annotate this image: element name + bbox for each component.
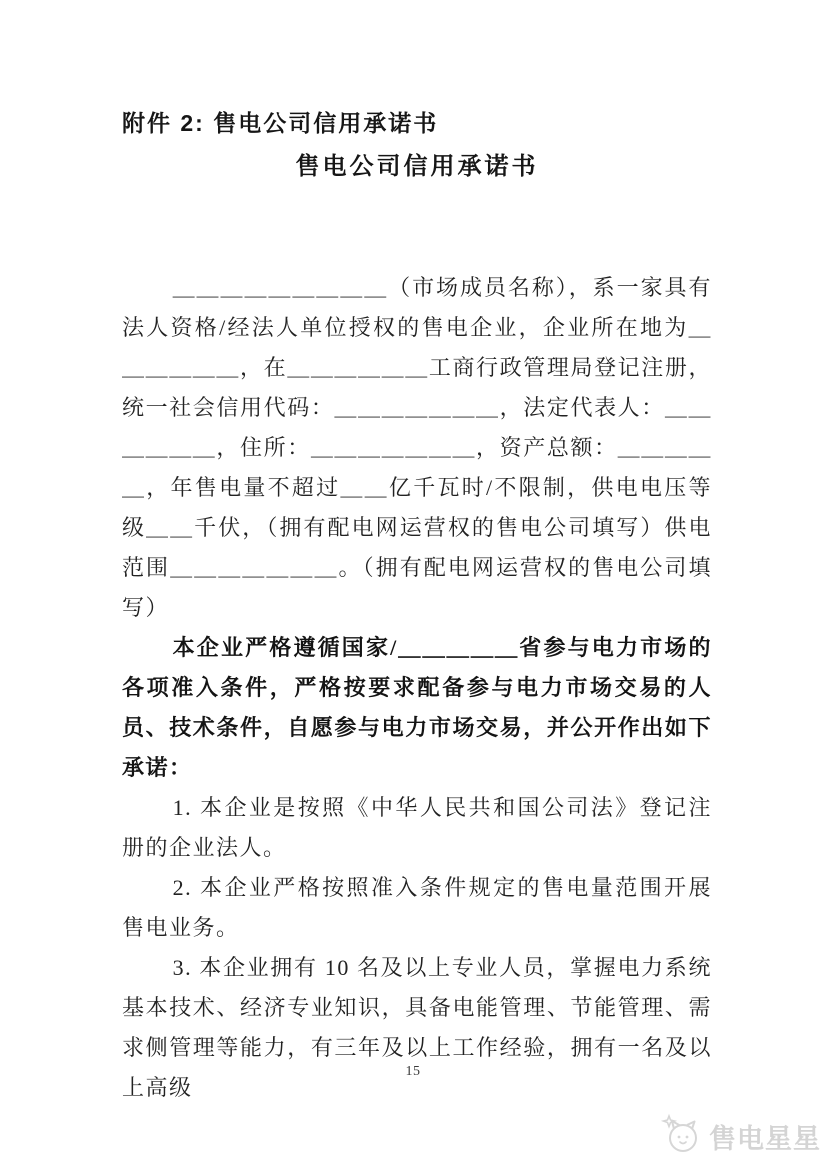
document-page: 附件 2: 售电公司信用承诺书 售电公司信用承诺书 ＿＿＿＿＿＿＿＿＿（市场成员… — [0, 0, 826, 1169]
paragraph-item-2: 2. 本企业严格按照准入条件规定的售电量范围开展售电业务。 — [122, 868, 712, 948]
watermark-text: 售电星星 — [709, 1117, 821, 1156]
paragraph-pledge-lead: 本企业严格遵循国家/＿＿＿＿＿省参与电力市场的各项准入条件，严格按要求配备参与电… — [122, 628, 712, 788]
paragraph-item-1: 1. 本企业是按照《中华人民共和国公司法》登记注册的企业法人。 — [122, 788, 712, 868]
watermark: 售电星星 — [660, 1112, 821, 1161]
cat-mascot-icon — [660, 1112, 702, 1161]
attachment-heading: 附件 2: 售电公司信用承诺书 — [122, 108, 712, 138]
page-number: 15 — [0, 1064, 826, 1080]
paragraph-intro-blanks: ＿＿＿＿＿＿＿＿＿（市场成员名称），系一家具有法人资格/经法人单位授权的售电企业… — [122, 268, 712, 628]
document-content: 附件 2: 售电公司信用承诺书 售电公司信用承诺书 ＿＿＿＿＿＿＿＿＿（市场成员… — [122, 108, 712, 1108]
document-body: ＿＿＿＿＿＿＿＿＿（市场成员名称），系一家具有法人资格/经法人单位授权的售电企业… — [122, 268, 712, 1108]
document-title: 售电公司信用承诺书 — [122, 152, 712, 182]
paragraph-item-3: 3. 本企业拥有 10 名及以上专业人员，掌握电力系统基本技术、经济专业知识，具… — [122, 948, 712, 1108]
